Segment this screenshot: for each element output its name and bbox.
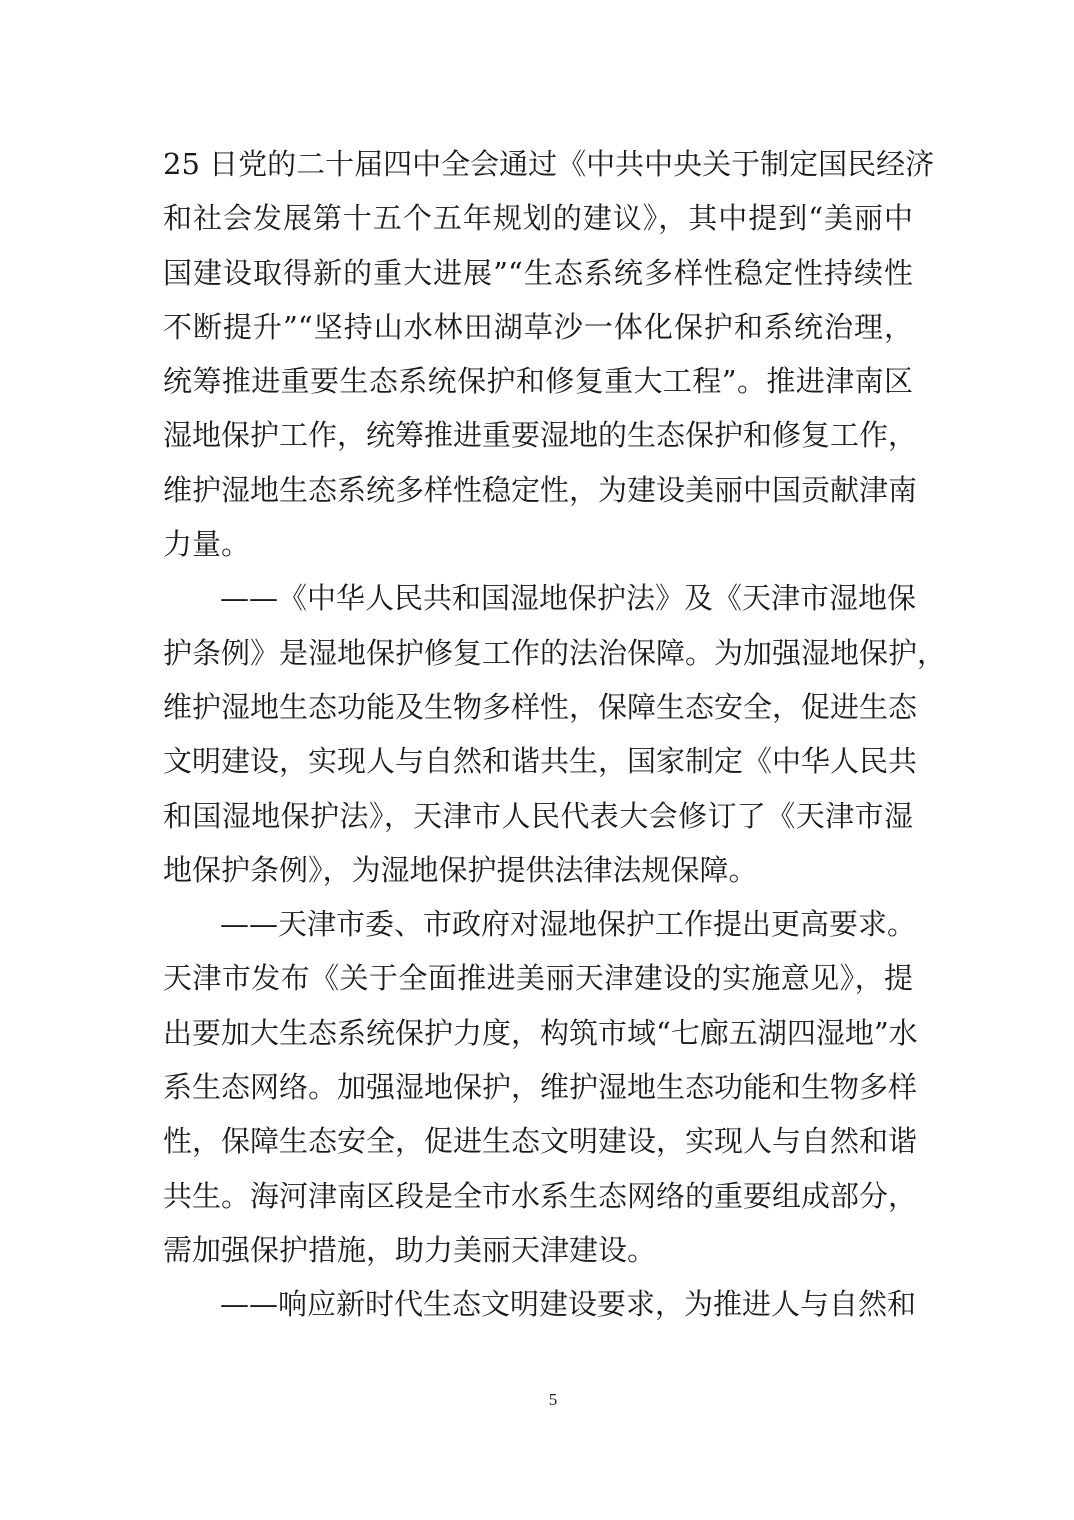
text-line: 维护湿地生态系统多样性稳定性，为建设美丽中国贡献津南 [163,463,913,517]
text-line: 需加强保护措施，助力美丽天津建设。 [163,1223,913,1277]
text-line: 共生。海河津南区段是全市水系生态网络的重要组成部分， [163,1169,913,1223]
text-line: ——天津市委、市政府对湿地保护工作提出更高要求。 [163,897,913,951]
page-number: 5 [0,1390,1074,1410]
text-line: 地保护条例》，为湿地保护提供法律法规保障。 [163,843,913,897]
body-text: 25 日党的二十届四中全会通过《中共中央关于制定国民经济 和社会发展第十五个五年… [163,137,913,1332]
text-line: 护条例》是湿地保护修复工作的法治保障。为加强湿地保护， [163,626,913,680]
text-line: 和国湿地保护法》，天津市人民代表大会修订了《天津市湿 [163,789,913,843]
text-line: 国建设取得新的重大进展”“生态系统多样性稳定性持续性 [163,246,913,300]
text-line: ——响应新时代生态文明建设要求，为推进人与自然和 [163,1277,913,1331]
text-line: 天津市发布《关于全面推进美丽天津建设的实施意见》，提 [163,951,913,1005]
text-line: 性，保障生态安全，促进生态文明建设，实现人与自然和谐 [163,1114,913,1168]
text-line: 和社会发展第十五个五年规划的建议》，其中提到“美丽中 [163,191,913,245]
text-line: ——《中华人民共和国湿地保护法》及《天津市湿地保 [163,571,913,625]
text-line: 系生态网络。加强湿地保护，维护湿地生态功能和生物多样 [163,1060,913,1114]
text-line: 力量。 [163,517,913,571]
text-line: 湿地保护工作，统筹推进重要湿地的生态保护和修复工作， [163,408,913,462]
text-line: 不断提升”“坚持山水林田湖草沙一体化保护和系统治理， [163,300,913,354]
text-line: 统筹推进重要生态系统保护和修复重大工程”。推进津南区 [163,354,913,408]
document-page: 25 日党的二十届四中全会通过《中共中央关于制定国民经济 和社会发展第十五个五年… [0,0,1074,1520]
text-line: 文明建设，实现人与自然和谐共生，国家制定《中华人民共 [163,734,913,788]
text-line: 维护湿地生态功能及生物多样性，保障生态安全，促进生态 [163,680,913,734]
text-line: 25 日党的二十届四中全会通过《中共中央关于制定国民经济 [163,137,913,191]
text-line: 出要加大生态系统保护力度，构筑市域“七廊五湖四湿地”水 [163,1006,913,1060]
